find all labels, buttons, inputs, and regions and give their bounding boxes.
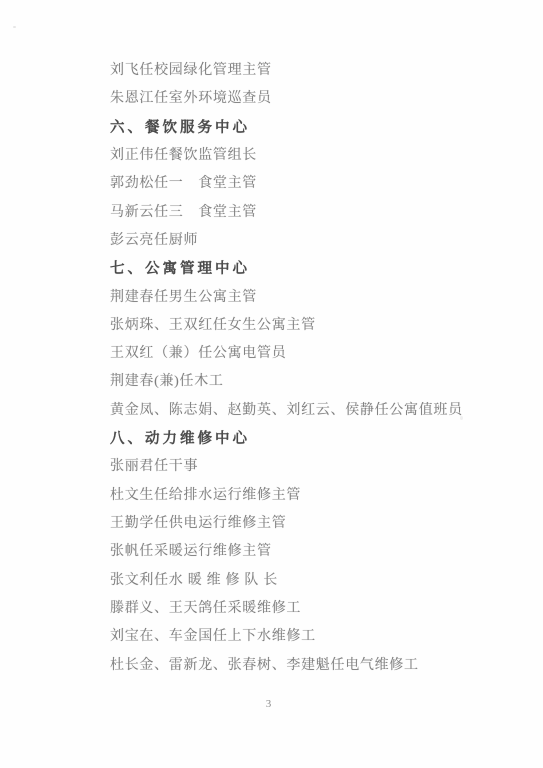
section-heading: 六、餐饮服务中心 — [110, 114, 513, 142]
scan-artifact-speck — [13, 26, 16, 28]
doc-line: 张炳珠、王双红任女生公寓主管 — [110, 312, 513, 340]
doc-line: 荆建春任男生公寓主管 — [110, 284, 513, 312]
doc-line: 马新云任三 食堂主管 — [110, 199, 513, 227]
section-heading: 七、公寓管理中心 — [110, 255, 513, 283]
page-number: 3 — [0, 698, 537, 710]
doc-line: 郭劲松任一 食堂主管 — [110, 170, 513, 198]
doc-line: 黄金凤、陈志娟、赵勤英、刘红云、侯静任公寓值班员 — [110, 397, 513, 425]
doc-line: 张丽君任干事 — [110, 453, 513, 481]
doc-line: 刘正伟任餐饮监管组长 — [110, 142, 513, 170]
document-body: 刘飞任校园绿化管理主管 朱恩江任室外环境巡查员 六、餐饮服务中心 刘正伟任餐饮监… — [110, 57, 513, 680]
section-heading: 八、动力维修中心 — [110, 425, 513, 453]
document-page: 刘飞任校园绿化管理主管 朱恩江任室外环境巡查员 六、餐饮服务中心 刘正伟任餐饮监… — [0, 0, 543, 768]
doc-line: 杜文生任给排水运行维修主管 — [110, 482, 513, 510]
doc-line: 张帆任采暖运行维修主管 — [110, 538, 513, 566]
doc-line: 王勤学任供电运行维修主管 — [110, 510, 513, 538]
doc-line: 张文利任水 暖 维 修 队 长 — [110, 567, 513, 595]
doc-line: 杜长金、雷新龙、张春树、李建魁任电气维修工 — [110, 652, 513, 680]
doc-line: 彭云亮任厨师 — [110, 227, 513, 255]
doc-line: 荆建春(兼)任木工 — [110, 368, 513, 396]
doc-line: 朱恩江任室外环境巡查员 — [110, 85, 513, 113]
doc-line: 刘飞任校园绿化管理主管 — [110, 57, 513, 85]
doc-line: 刘宝在、车金国任上下水维修工 — [110, 623, 513, 651]
doc-line: 王双红（兼）任公寓电管员 — [110, 340, 513, 368]
doc-line: 滕群义、王天鸽任采暖维修工 — [110, 595, 513, 623]
